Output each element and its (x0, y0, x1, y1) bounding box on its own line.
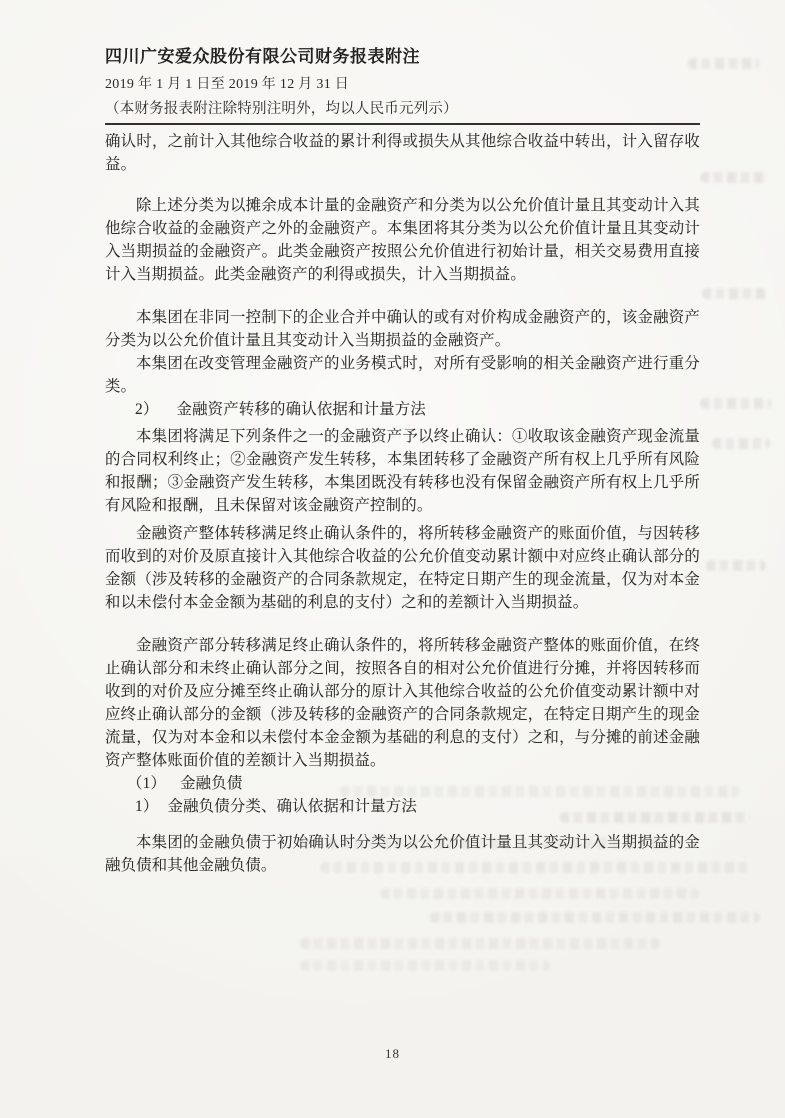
paragraph-partial-transfer: 金融资产部分转移满足终止确认条件的，将所转移金融资产整体的账面价值，在终止确认部… (105, 634, 700, 772)
heading-number: 2） (135, 401, 159, 418)
paragraph-full-transfer: 金融资产整体转移满足终止确认条件的，将所转移金融资产的账面价值，与因转移而收到的… (105, 522, 700, 614)
bleedthrough-mark (712, 438, 770, 449)
page-footer: 18 (0, 1046, 785, 1062)
heading-asset-transfer: 2）金融资产转移的确认依据和计量方法 (105, 398, 700, 421)
bleedthrough-mark (380, 888, 700, 899)
paragraph-liability-initial-recognition: 本集团的金融负债于初始确认时分类为以公允价值计量且其变动计入当期损益的金融负债和… (105, 831, 700, 877)
bleedthrough-mark (300, 938, 660, 949)
heading-number: （1） (127, 775, 166, 792)
bleedthrough-mark (700, 398, 772, 409)
bleedthrough-mark (300, 960, 550, 971)
paragraph-derecognition-conditions: 本集团将满足下列条件之一的金融资产予以终止确认：①收取该金融资产现金流量的合同权… (105, 425, 700, 517)
heading-liability-classification: 1）金融负债分类、确认依据和计量方法 (105, 795, 700, 818)
report-title: 四川广安爱众股份有限公司财务报表附注 (105, 45, 700, 69)
heading-financial-liabilities: （1）金融负债 (105, 772, 700, 795)
bleedthrough-mark (706, 560, 766, 571)
bleedthrough-mark (430, 912, 760, 923)
currency-note: （本财务报表附注除特别注明外，均以人民币元列示） (105, 97, 700, 121)
heading-text: 金融负债分类、确认依据和计量方法 (168, 798, 417, 815)
bleedthrough-mark (700, 172, 766, 183)
paragraph-business-combination: 本集团在非同一控制下的企业合并中确认的或有对价构成金融资产的，该金融资产分类为以… (105, 306, 700, 352)
paragraph-continuation: 确认时，之前计入其他综合收益的累计利得或损失从其他综合收益中转出，计入留存收益。 (105, 130, 700, 176)
paragraph-reclassification: 本集团在改变管理金融资产的业务模式时，对所有受影响的相关金融资产进行重分类。 (105, 352, 700, 398)
page-number: 18 (385, 1046, 400, 1061)
heading-text: 金融负债 (180, 775, 242, 792)
document-content: 四川广安爱众股份有限公司财务报表附注 2019 年 1 月 1 日至 2019 … (105, 45, 700, 877)
paragraph-fvtpl-classification: 除上述分类为以摊余成本计量的金融资产和分类为以公允价值计量且其变动计入其他综合收… (105, 194, 700, 286)
heading-number: 1） (135, 798, 159, 815)
document-body: 确认时，之前计入其他综合收益的累计利得或损失从其他综合收益中转出，计入留存收益。… (105, 130, 700, 877)
heading-text: 金融资产转移的确认依据和计量方法 (177, 401, 426, 418)
bleedthrough-mark (702, 288, 766, 299)
scanned-document-page: 四川广安爱众股份有限公司财务报表附注 2019 年 1 月 1 日至 2019 … (0, 0, 785, 1118)
report-period: 2019 年 1 月 1 日至 2019 年 12 月 31 日 (105, 73, 700, 97)
document-header: 四川广安爱众股份有限公司财务报表附注 2019 年 1 月 1 日至 2019 … (105, 45, 700, 125)
